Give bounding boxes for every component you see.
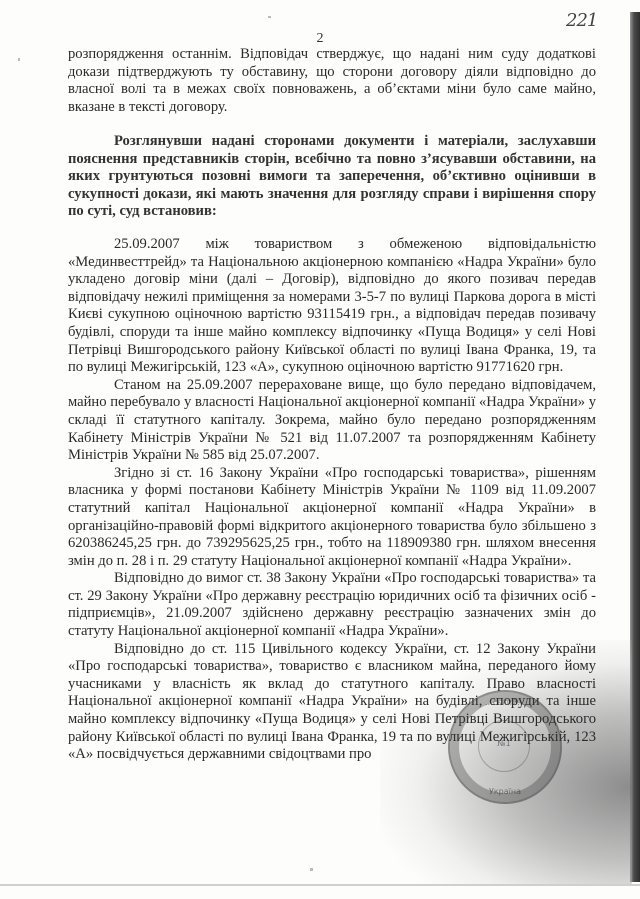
paragraph-continuation: розпорядження останнім. Відповідач ствер…: [68, 46, 596, 116]
findings-body: 25.09.2007 між товариством з обмеженою в…: [68, 236, 596, 764]
paragraph-state-registration: Відповідно до вимог ст. 38 Закону Україн…: [68, 570, 596, 640]
paragraph-court-findings-intro: Розглянувши надані сторонами документи і…: [68, 133, 596, 221]
paragraph-ownership-right: Відповідно до ст. 115 Цивільного кодексу…: [68, 641, 596, 764]
paragraph-exchange-contract: 25.09.2007 між товариством з обмеженою в…: [68, 236, 596, 377]
paragraph-ownership-status: Станом на 25.09.2007 перераховане вище, …: [68, 377, 596, 465]
stamp-bottom-text: Україна: [450, 787, 560, 796]
paragraph-capital-increase: Згідно зі ст. 16 Закону України «Про гос…: [68, 465, 596, 571]
paragraph-1: розпорядження останнім. Відповідач ствер…: [68, 46, 596, 116]
scan-edge-shadow: [630, 12, 640, 882]
page-number: 2: [0, 31, 640, 47]
scan-speck: [268, 16, 271, 18]
scan-speck: [310, 868, 313, 871]
findings-intro: Розглянувши надані сторонами документи і…: [68, 133, 596, 221]
handwritten-folio-number: 221: [566, 10, 597, 31]
scan-bottom-edge: [0, 884, 640, 886]
document-page: 2 221 розпорядження останнім. Відповідач…: [0, 0, 640, 899]
scan-speck: [18, 58, 20, 61]
